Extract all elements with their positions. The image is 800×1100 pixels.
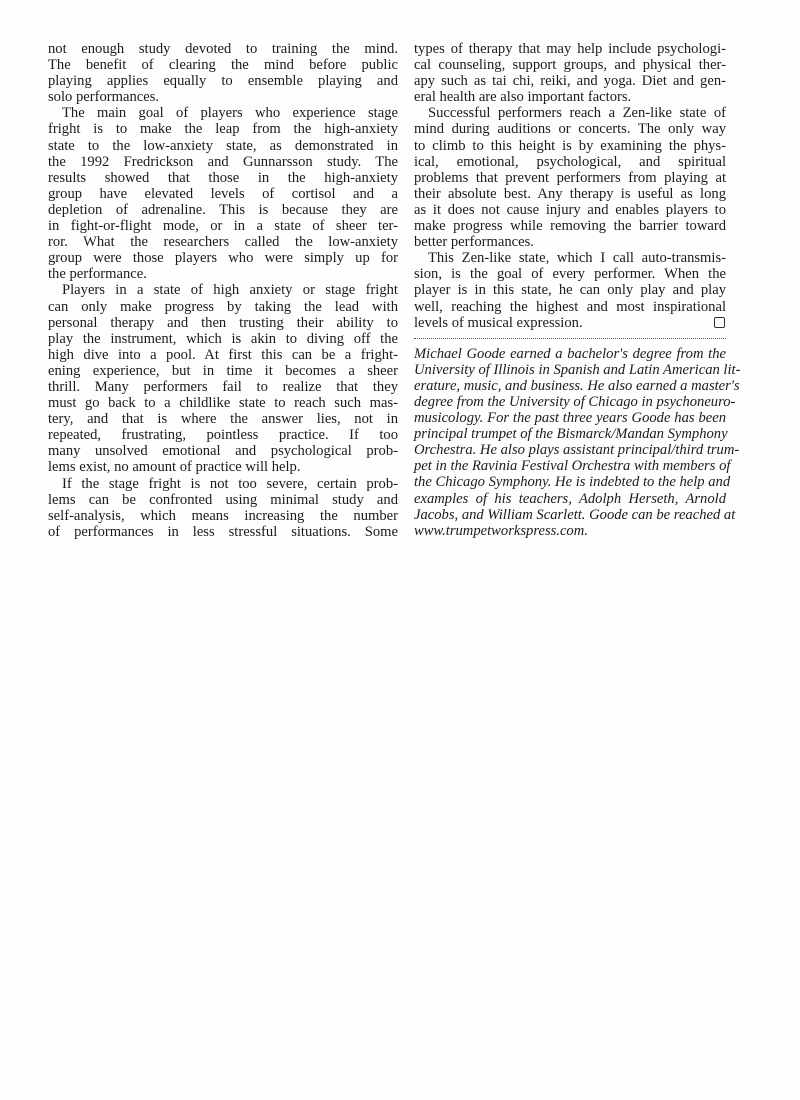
text-line: must go back to a childlike state to rea…: [48, 395, 398, 411]
text-line: results showed that those in the high-an…: [48, 170, 398, 186]
text-line: cal counseling, support groups, and phys…: [414, 57, 726, 73]
text-line: repeated, frustrating, pointless practic…: [48, 427, 398, 443]
bio-line: examples of his teachers, Adolph Herseth…: [414, 491, 726, 507]
author-bio: Michael Goode earned a bachelor's degree…: [414, 346, 726, 539]
document-page: not enough study devoted to training the…: [0, 0, 800, 1100]
text-line: depletion of adrenaline. This is because…: [48, 202, 398, 218]
bio-line: University of Illinois in Spanish and La…: [414, 362, 726, 378]
text-line: apy such as tai chi, reiki, and yoga. Di…: [414, 73, 726, 89]
text-line: Players in a state of high anxiety or st…: [48, 282, 398, 298]
bio-line: the Chicago Symphony. He is indebted to …: [414, 474, 726, 490]
paragraph: Players in a state of high anxiety or st…: [48, 282, 398, 475]
text-line: playing applies equally to ensemble play…: [48, 73, 398, 89]
text-line: The benefit of clearing the mind before …: [48, 57, 398, 73]
text-line: The main goal of players who experience …: [48, 105, 398, 121]
text-line-with-endmark: levels of musical expression.: [414, 315, 726, 331]
text-line: ening experience, but in time it becomes…: [48, 363, 398, 379]
text-line: of performances in less stressful situat…: [48, 524, 398, 540]
text-line: high dive into a pool. At first this can…: [48, 347, 398, 363]
text-line: in fight-or-flight mode, or in a state o…: [48, 218, 398, 234]
bio-line: erature, music, and business. He also ea…: [414, 378, 726, 394]
text-line: group have elevated levels of cortisol a…: [48, 186, 398, 202]
text-line: lems exist, no amount of practice will h…: [48, 459, 398, 475]
paragraph: Successful performers reach a Zen-like s…: [414, 105, 726, 250]
text-line: not enough study devoted to training the…: [48, 41, 398, 57]
text-line: as it does not cause injury and enables …: [414, 202, 726, 218]
text-line: eral health are also important factors.: [414, 89, 726, 105]
text-line: lems can be confronted using minimal stu…: [48, 492, 398, 508]
bio-line: www.trumpetworkspress.com.: [414, 523, 726, 539]
text-line: solo performances.: [48, 89, 398, 105]
text-line: group were those players who were simply…: [48, 250, 398, 266]
text-line: better performances.: [414, 234, 726, 250]
paragraph: This Zen-like state, which I call auto-t…: [414, 250, 726, 330]
end-of-article-box-icon: [714, 317, 725, 328]
text-line: fright is to make the leap from the high…: [48, 121, 398, 137]
bio-line: Michael Goode earned a bachelor's degree…: [414, 346, 726, 362]
text-line: Successful performers reach a Zen-like s…: [414, 105, 726, 121]
text-line: ror. What the researchers called the low…: [48, 234, 398, 250]
text-line: self-analysis, which means increasing th…: [48, 508, 398, 524]
text-line: ical, emotional, psychological, and spir…: [414, 154, 726, 170]
text-line: types of therapy that may help include p…: [414, 41, 726, 57]
bio-line: musicology. For the past three years Goo…: [414, 410, 726, 426]
text-line: can only make progress by taking the lea…: [48, 299, 398, 315]
bio-line: pet in the Ravinia Festival Orchestra wi…: [414, 458, 726, 474]
text-line: personal therapy and then trusting their…: [48, 315, 398, 331]
bio-line: Jacobs, and William Scarlett. Goode can …: [414, 507, 726, 523]
text-line: This Zen-like state, which I call auto-t…: [414, 250, 726, 266]
dotted-divider: [414, 338, 726, 339]
text-line: to climb to this height is by examining …: [414, 138, 726, 154]
text-line: make progress while removing the barrier…: [414, 218, 726, 234]
text-line: play the instrument, which is akin to di…: [48, 331, 398, 347]
text-line: player is in this state, he can only pla…: [414, 282, 726, 298]
text-line: tery, and that is where the answer lies,…: [48, 411, 398, 427]
text-line: the performance.: [48, 266, 398, 282]
bio-line: principal trumpet of the Bismarck/Mandan…: [414, 426, 726, 442]
bio-line: degree from the University of Chicago in…: [414, 394, 726, 410]
text-line: If the stage fright is not too severe, c…: [48, 476, 398, 492]
text-line: many unsolved emotional and psychologica…: [48, 443, 398, 459]
text-line: mind during auditions or concerts. The o…: [414, 121, 726, 137]
left-column: not enough study devoted to training the…: [48, 41, 398, 540]
bio-line: Orchestra. He also plays assistant princ…: [414, 442, 726, 458]
paragraph: types of therapy that may help include p…: [414, 41, 726, 105]
text-line: sion, is the goal of every performer. Wh…: [414, 266, 726, 282]
right-column: types of therapy that may help include p…: [414, 41, 726, 539]
paragraph: If the stage fright is not too severe, c…: [48, 476, 398, 540]
text-line: thrill. Many performers fail to realize …: [48, 379, 398, 395]
text-line: state to the low-anxiety state, as demon…: [48, 138, 398, 154]
text-line: their absolute best. Any therapy is usef…: [414, 186, 726, 202]
text-line: the 1992 Fredrickson and Gunnarsson stud…: [48, 154, 398, 170]
text-line: well, reaching the highest and most insp…: [414, 299, 726, 315]
text-line: problems that prevent performers from pl…: [414, 170, 726, 186]
text-line: levels of musical expression.: [414, 315, 583, 331]
paragraph: not enough study devoted to training the…: [48, 41, 398, 105]
paragraph: The main goal of players who experience …: [48, 105, 398, 282]
